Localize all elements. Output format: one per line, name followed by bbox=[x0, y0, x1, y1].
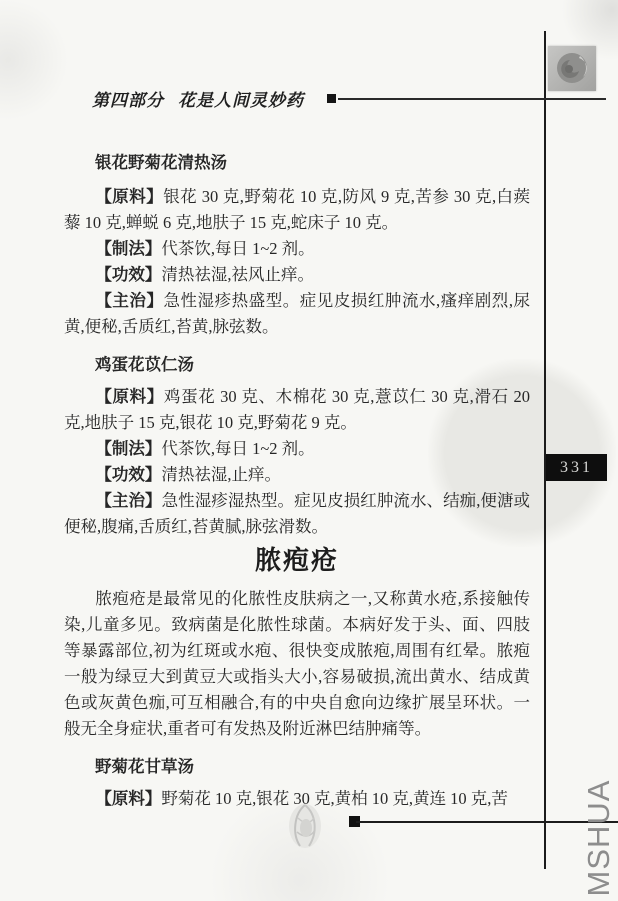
page-number-badge: 331 bbox=[546, 454, 607, 481]
recipe-entry: 【主治】急性湿疹湿热型。症见皮损红肿流水、结痂,便溏或便秘,腹痛,舌质红,苔黄腻… bbox=[64, 488, 530, 540]
recipe-entry: 【原料】鸡蛋花 30 克、木棉花 30 克,薏苡仁 30 克,滑石 20 克,地… bbox=[64, 384, 530, 436]
header-rule bbox=[338, 98, 606, 100]
entry-label: 【原料】 bbox=[95, 387, 164, 406]
recipe-entry: 【功效】清热祛湿,祛风止痒。 bbox=[64, 262, 530, 288]
recipe-title: 鸡蛋花苡仁汤 bbox=[95, 352, 530, 378]
recipe-entry: 【功效】清热祛湿,止痒。 bbox=[64, 462, 530, 488]
entry-text: 清热祛湿,祛风止痒。 bbox=[161, 265, 314, 284]
entry-label: 【主治】 bbox=[95, 291, 163, 310]
running-head: 第四部分花是人间灵妙药 bbox=[92, 86, 304, 111]
vertical-rule bbox=[544, 31, 546, 869]
entry-text: 野菊花 10 克,银花 30 克,黄柏 10 克,黄连 10 克,苦 bbox=[161, 789, 508, 808]
entry-text: 清热祛湿,止痒。 bbox=[161, 465, 281, 484]
part-label: 第四部分 bbox=[92, 91, 164, 110]
recipe-entry: 【主治】急性湿疹热盛型。症见皮损红肿流水,瘙痒剧烈,尿黄,便秘,舌质红,苔黄,脉… bbox=[64, 288, 530, 340]
watermark-text: MSHUA bbox=[581, 776, 617, 900]
entry-text: 代茶饮,每日 1~2 剂。 bbox=[161, 239, 314, 258]
entry-label: 【主治】 bbox=[95, 491, 161, 510]
shell-icon bbox=[548, 46, 596, 91]
recipe-entry: 【制法】代茶饮,每日 1~2 剂。 bbox=[64, 236, 530, 262]
recipe-entry: 【原料】银花 30 克,野菊花 10 克,防风 9 克,苦参 30 克,白蒺藜 … bbox=[64, 184, 530, 236]
entry-label: 【原料】 bbox=[95, 187, 163, 206]
entry-label: 【功效】 bbox=[95, 265, 161, 284]
book-title: 花是人间灵妙药 bbox=[178, 91, 304, 110]
entry-label: 【原料】 bbox=[95, 789, 161, 808]
entry-label: 【功效】 bbox=[95, 465, 161, 484]
recipe-entry: 【原料】野菊花 10 克,银花 30 克,黄柏 10 克,黄连 10 克,苦 bbox=[64, 786, 530, 812]
entry-text: 代茶饮,每日 1~2 剂。 bbox=[161, 439, 314, 458]
entry-label: 【制法】 bbox=[95, 439, 161, 458]
chapter-intro: 脓疱疮是最常见的化脓性皮肤病之一,又称黄水疮,系接触传染,儿童多见。致病菌是化脓… bbox=[64, 586, 530, 742]
header-square-bullet bbox=[327, 94, 336, 103]
footer-rule bbox=[356, 821, 618, 823]
entry-label: 【制法】 bbox=[95, 239, 161, 258]
recipe-title: 银花野菊花清热汤 bbox=[95, 150, 530, 176]
recipe-entry: 【制法】代茶饮,每日 1~2 剂。 bbox=[64, 436, 530, 462]
recipe-title: 野菊花甘草汤 bbox=[95, 754, 530, 780]
page-body: 银花野菊花清热汤 【原料】银花 30 克,野菊花 10 克,防风 9 克,苦参 … bbox=[64, 150, 530, 812]
chapter-title: 脓疱疮 bbox=[64, 544, 530, 578]
